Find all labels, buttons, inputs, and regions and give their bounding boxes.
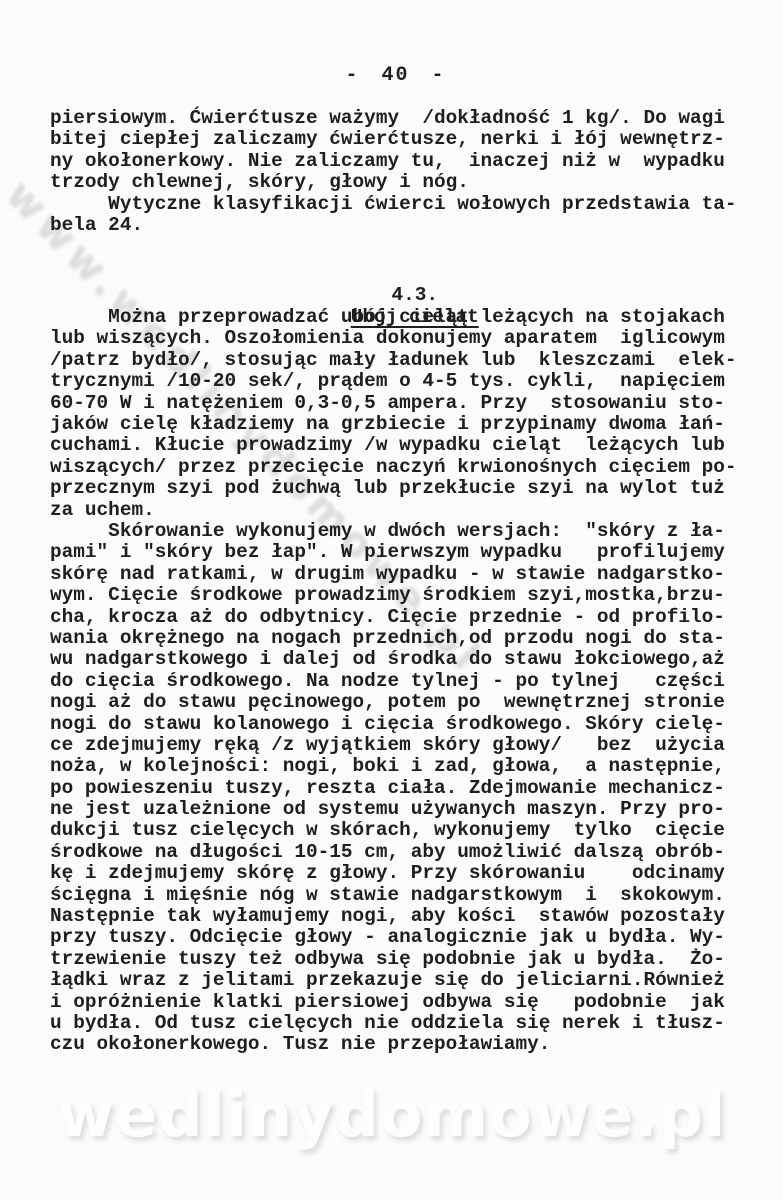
text-line: Następnie tak wyłamujemy nogi, aby kości… (50, 906, 725, 927)
text-line: czu okołonerkowego. Tusz nie przepoławia… (50, 1034, 725, 1055)
text-line: i opróżnienie klatki piersiowej odbywa s… (50, 992, 725, 1013)
text-line: lub wiszących. Oszołomienia dokonujemy a… (50, 328, 737, 349)
text-line: nogi do stawu kolanowego i cięcia środko… (50, 714, 725, 735)
text-line: trzody chlewnej, skóry, głowy i nóg. (50, 172, 737, 193)
page-number-dash-left: - (337, 64, 359, 87)
text-line: trycznymi /10-20 sek/, prądem o 4-5 tys.… (50, 371, 737, 392)
text-line: bela 24. (50, 215, 737, 236)
scanned-page: www.wedlinydomowe.pl - 40 - piersiowym. … (0, 0, 783, 1200)
paragraph-intro: piersiowym. Ćwierćtusze ważymy /dokładno… (50, 108, 737, 236)
text-line: wym. Cięcie środkowe prowadzimy środkiem… (50, 585, 725, 606)
text-line: piersiowym. Ćwierćtusze ważymy /dokładno… (50, 108, 737, 129)
text-line: pami" i "skóry bez łap". W pierwszym wyp… (50, 542, 725, 563)
text-line: przy tuszy. Odcięcie głowy - analogiczni… (50, 927, 725, 948)
text-line: ce zdejmujemy ręką /z wyjątkiem skóry gł… (50, 735, 725, 756)
text-line: u bydła. Od tusz cielęcych nie oddziela … (50, 1013, 725, 1034)
text-line: jaków cielę kładziemy na grzbiecie i prz… (50, 414, 737, 435)
text-line: cuchami. Kłucie prowadzimy /w wypadku ci… (50, 435, 737, 456)
text-line: wu nadgarstkowego i dalej od środka do s… (50, 649, 725, 670)
text-line: dukcji tusz cielęcych w skórach, wykonuj… (50, 820, 725, 841)
text-line: wania okrężnego na nogach przednich,od p… (50, 628, 725, 649)
text-line: za uchem. (50, 500, 737, 521)
text-line: kę i zdejmujemy skórę z głowy. Przy skór… (50, 863, 725, 884)
text-line: Skórowanie wykonujemy w dwóch wersjach: … (50, 521, 725, 542)
text-line: ścięgna i mięśnie nóg w stawie nadgarstk… (50, 885, 725, 906)
text-line: łądki wraz z jelitami przekazuje się do … (50, 970, 725, 991)
section-number: 4.3. (392, 284, 439, 306)
text-line: noża, w kolejności: nogi, boki i zad, gł… (50, 756, 725, 777)
paragraph-skinning: Skórowanie wykonujemy w dwóch wersjach: … (50, 521, 725, 1056)
text-line: skórę nad ratkami, w drugim wypadku - w … (50, 564, 725, 585)
text-line: bitej ciepłej zaliczamy ćwierćtusze, ner… (50, 129, 737, 150)
text-line: wiszących/ przez przecięcie naczyń krwio… (50, 457, 737, 478)
text-line: po powieszeniu tuszy, reszta ciała. Zdej… (50, 778, 725, 799)
text-line: przecznym szyi pod żuchwą lub przekłucie… (50, 478, 737, 499)
text-line: Można przeprowadzać ubój cieląt leżących… (50, 307, 737, 328)
page-number-dash-right: - (424, 64, 446, 87)
bottom-watermark: wedlinydomowe.pl (0, 1078, 783, 1151)
text-line: środkowe na długości 10-15 cm, aby umożl… (50, 842, 725, 863)
text-line: ny okołonerkowy. Nie zaliczamy tu, inacz… (50, 151, 737, 172)
paragraph-stunning: Można przeprowadzać ubój cieląt leżących… (50, 307, 737, 521)
text-line: /patrz bydło/, stosując mały ładunek lub… (50, 350, 737, 371)
text-line: Wytyczne klasyfikacji ćwierci wołowych p… (50, 194, 737, 215)
text-line: trzewienie tuszy też odbywa się podobnie… (50, 949, 725, 970)
text-line: nogi aż do stawu pęcinowego, potem po we… (50, 692, 725, 713)
text-line: do cięcia środkowego. Na nodze tylnej - … (50, 671, 725, 692)
text-line: cha, krocza aż do odbytnicy. Cięcie prze… (50, 607, 725, 628)
text-line: 60-70 W i natężeniem 0,3-0,5 ampera. Prz… (50, 393, 737, 414)
text-line: ne jest uzależnione od systemu używanych… (50, 799, 725, 820)
page-number-value: 40 (373, 64, 409, 87)
page-number: - 40 - (0, 64, 783, 87)
